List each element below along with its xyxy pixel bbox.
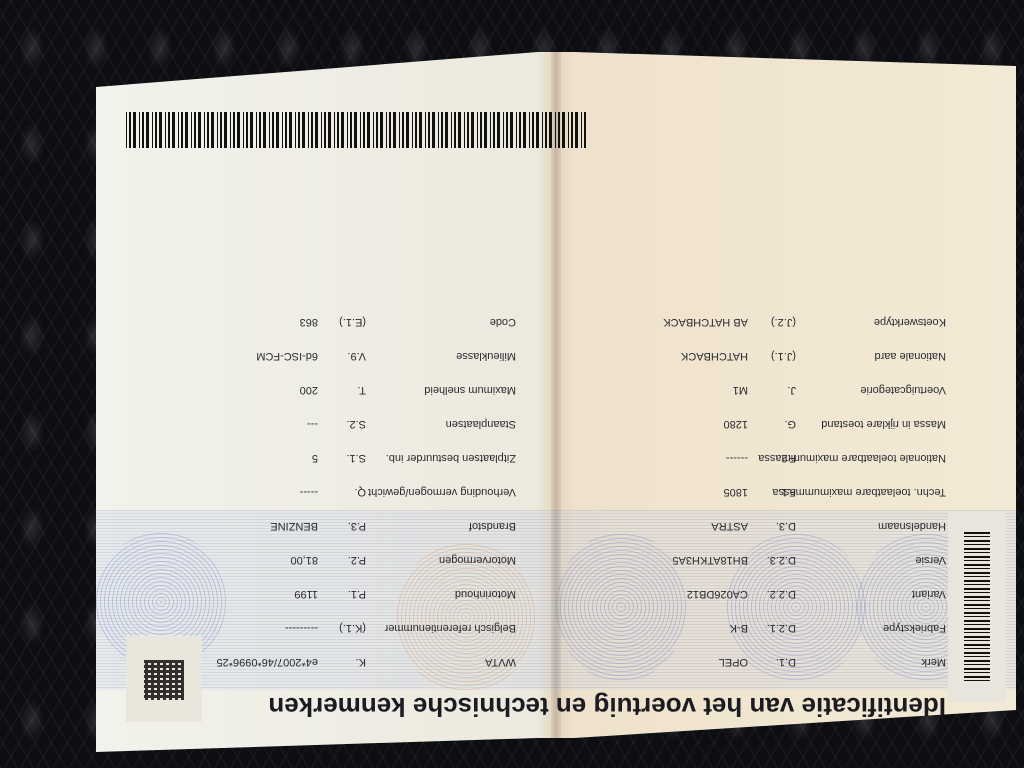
right-page: WVTAK.e4*2007/46*0996*25Belgisch referen…	[96, 52, 556, 752]
field-row: MotorinhoudP.1.1199	[294, 588, 516, 600]
field-value: 6d-ISC-FCM	[256, 350, 318, 362]
field-label: Zitplaatsen bestuurder inb.	[366, 452, 516, 464]
field-value: OPEL	[719, 656, 748, 668]
field-value: M1	[733, 384, 748, 396]
field-value: AB HATCHBACK	[663, 316, 748, 328]
barcode	[964, 532, 990, 682]
field-value: ASTRA	[711, 520, 748, 532]
field-row: VoertuigcategorieJ.M1	[733, 384, 946, 396]
field-code: P.1.	[318, 588, 366, 600]
field-code: D.3.	[748, 520, 796, 532]
field-code: D.2.3.	[748, 554, 796, 566]
field-value: -----	[300, 486, 318, 498]
field-value: BENZINE	[270, 520, 318, 532]
field-code: P.2.	[318, 554, 366, 566]
field-label: Verhouding vermogen/gewicht	[366, 486, 516, 498]
field-row: Massa in rijklare toestandG.1280	[724, 418, 946, 430]
field-code: (J.2.)	[748, 316, 796, 328]
field-code: D.1.	[748, 656, 796, 668]
field-row: StaanplaatsenS.2.---	[307, 418, 516, 430]
field-label: Nationale toelaatbare maximummassa	[796, 452, 946, 464]
field-label: Versie	[796, 554, 946, 566]
field-code: F.2.	[748, 452, 796, 464]
left-page: (I.1.) Origineel van 20/10/2021 Identifi…	[556, 52, 1016, 752]
field-label: Motorvermogen	[366, 554, 516, 566]
vehicle-registration-document: (I.1.) Origineel van 20/10/2021 Identifi…	[96, 52, 1016, 752]
field-label: Merk	[796, 656, 946, 668]
field-value: ---------	[285, 622, 318, 634]
field-code: K.	[318, 656, 366, 668]
field-label: Motorinhoud	[366, 588, 516, 600]
qr-code	[144, 660, 184, 700]
field-label: Nationale aard	[796, 350, 946, 362]
field-code: P.3.	[318, 520, 366, 532]
field-value: 200	[300, 384, 318, 396]
field-code: J.	[748, 384, 796, 396]
field-row: WVTAK.e4*2007/46*0996*25	[216, 656, 516, 668]
security-rosette	[556, 532, 686, 682]
field-value: 1280	[724, 418, 748, 430]
field-row: Nationale toelaatbare maximummassaF.2.--…	[726, 452, 946, 464]
field-label: Massa in rijklare toestand	[796, 418, 946, 430]
field-label: Voertuigcategorie	[796, 384, 946, 396]
field-row: Zitplaatsen bestuurder inb.S.1.5	[312, 452, 516, 464]
field-code: F.1.	[748, 486, 796, 498]
field-label: Staanplaatsen	[366, 418, 516, 430]
field-code: D.2.1.	[748, 622, 796, 634]
field-label: Fabriekstype	[796, 622, 946, 634]
field-row: MilieuklasseV.9.6d-ISC-FCM	[256, 350, 516, 362]
field-row: Verhouding vermogen/gewichtQ.-----	[300, 486, 516, 498]
field-row: VariantD.2.2.CA026DB12	[687, 588, 946, 600]
qr-code-label	[126, 636, 202, 722]
field-label: Handelsnaam	[796, 520, 946, 532]
field-value: 1199	[294, 588, 318, 600]
field-label: Brandstof	[366, 520, 516, 532]
field-row: HandelsnaamD.3.ASTRA	[711, 520, 946, 532]
field-label: Belgisch referentienummer	[366, 622, 516, 634]
field-code: V.9.	[318, 350, 366, 362]
field-label: Techn. toelaatbare maximummassa	[796, 486, 946, 498]
field-row: MotorvermogenP.2.81,00	[290, 554, 516, 566]
field-row: Maximum snelheidT.200	[300, 384, 516, 396]
field-row: Koetswerktype(J.2.)AB HATCHBACK	[663, 316, 946, 328]
field-row: Belgisch referentienummer(K.1.)---------	[285, 622, 516, 634]
field-label: Milieuklasse	[366, 350, 516, 362]
field-value: ---	[307, 418, 318, 430]
field-label: Variant	[796, 588, 946, 600]
field-code: (E.1.)	[318, 316, 366, 328]
top-barcode	[126, 112, 586, 148]
field-code: T.	[318, 384, 366, 396]
field-value: 863	[300, 316, 318, 328]
field-code: S.1.	[318, 452, 366, 464]
field-value: B-K	[730, 622, 748, 634]
field-code: G.	[748, 418, 796, 430]
field-value: HATCHBACK	[681, 350, 748, 362]
field-row: MerkD.1.OPEL	[719, 656, 946, 668]
field-value: CA026DB12	[687, 588, 748, 600]
field-label: Maximum snelheid	[366, 384, 516, 396]
field-row: Techn. toelaatbare maximummassaF.1.1805	[724, 486, 946, 498]
field-value: ------	[726, 452, 748, 464]
field-row: Code(E.1.)863	[300, 316, 516, 328]
field-label: Koetswerktype	[796, 316, 946, 328]
field-code: (K.1.)	[318, 622, 366, 634]
field-code: Q.	[318, 486, 366, 498]
field-code: D.2.2.	[748, 588, 796, 600]
field-code: (J.1.)	[748, 350, 796, 362]
field-value: BH18ATKH3A5	[672, 554, 748, 566]
field-value: e4*2007/46*0996*25	[216, 656, 318, 668]
field-label: Code	[366, 316, 516, 328]
field-row: FabriekstypeD.2.1.B-K	[730, 622, 946, 634]
field-value: 81,00	[290, 554, 318, 566]
field-code: S.2.	[318, 418, 366, 430]
field-value: 5	[312, 452, 318, 464]
field-row: BrandstofP.3.BENZINE	[270, 520, 516, 532]
side-barcode-label	[948, 512, 1006, 702]
field-value: 1805	[724, 486, 748, 498]
field-row: Nationale aard(J.1.)HATCHBACK	[681, 350, 946, 362]
field-row: VersieD.2.3.BH18ATKH3A5	[672, 554, 946, 566]
field-label: WVTA	[366, 656, 516, 668]
